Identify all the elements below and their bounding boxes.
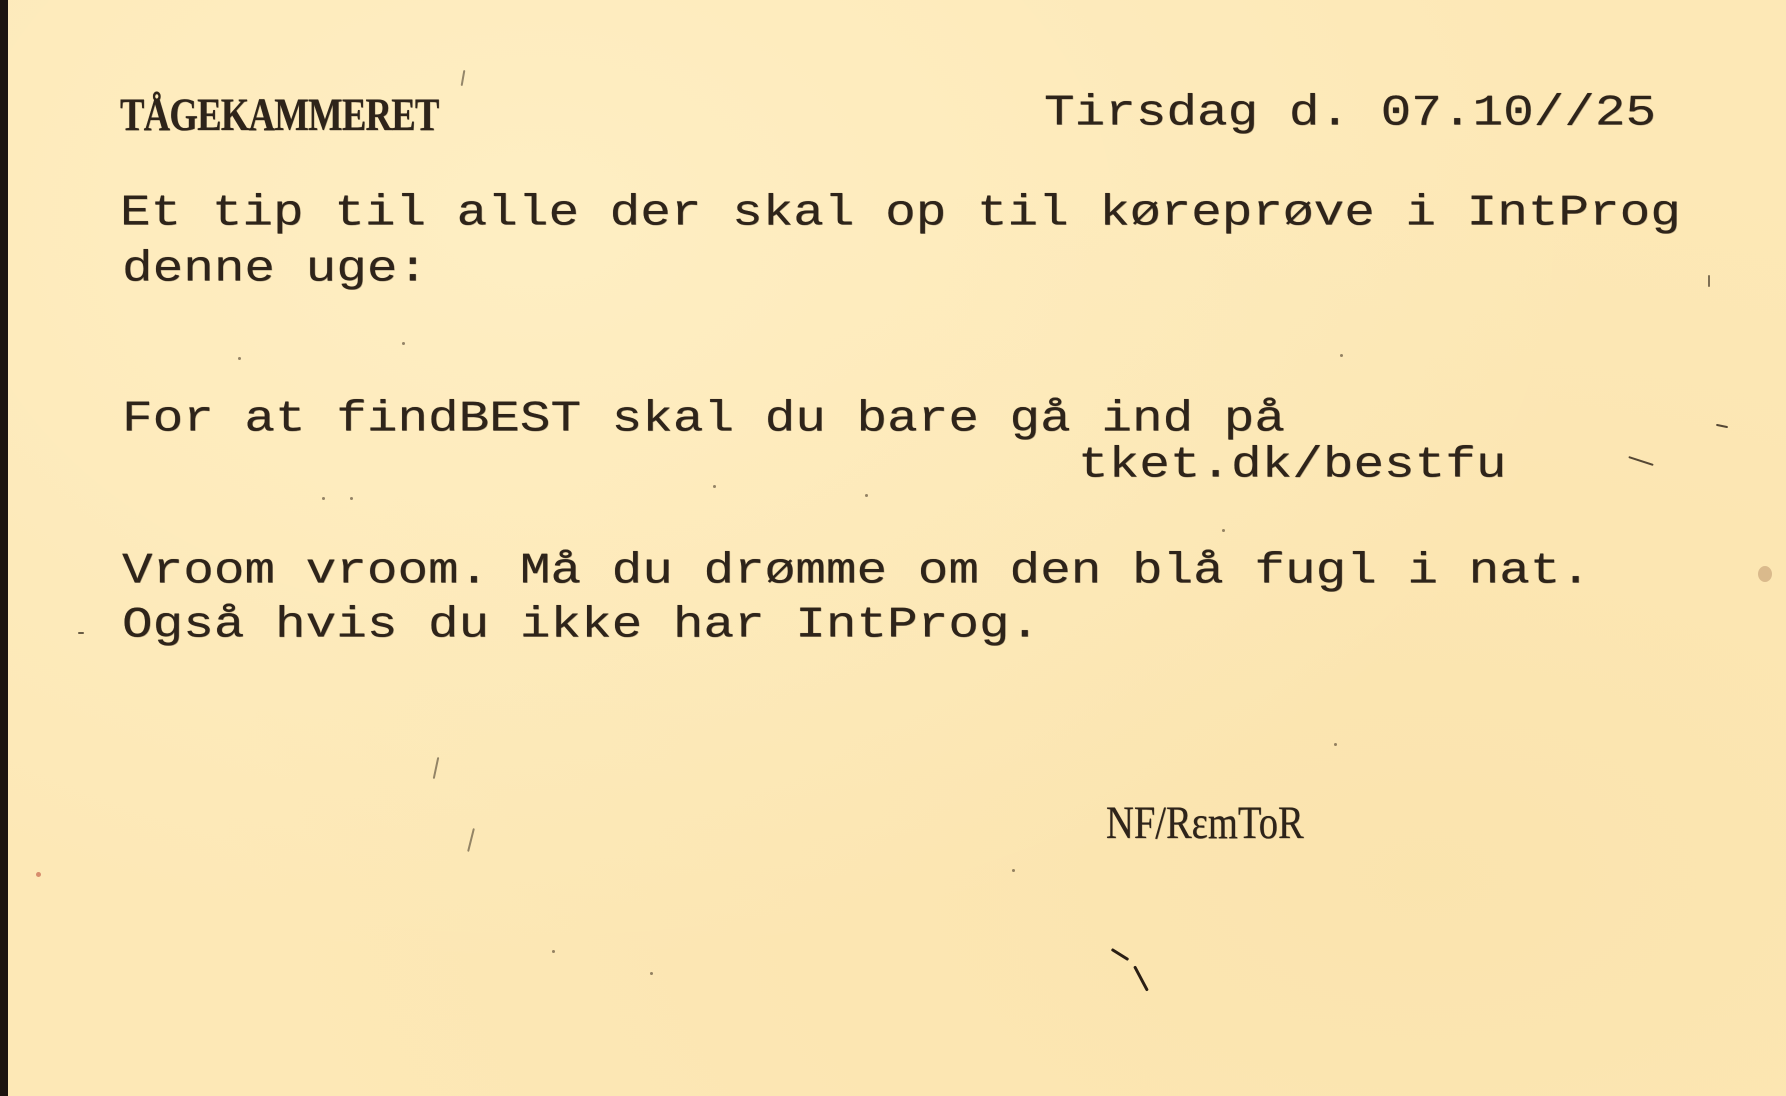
stray-dot — [238, 357, 241, 360]
stray-dot — [1222, 529, 1225, 532]
stray-mark — [433, 757, 440, 779]
signature: NF/RεmToR — [1106, 800, 1304, 847]
paragraph-1-line-1: Et tip til alle der skal op til køreprøv… — [120, 192, 1681, 236]
stray-dot — [1334, 743, 1337, 746]
url-line: tket.dk/bestfu — [1078, 444, 1506, 488]
stray-mark — [1708, 275, 1710, 287]
stray-mark — [1133, 965, 1149, 991]
stray-mark — [78, 632, 84, 634]
stray-dot — [650, 972, 653, 975]
stray-dot — [713, 485, 716, 488]
stray-dot — [552, 950, 555, 953]
stray-dot — [402, 342, 405, 345]
stray-dot — [1340, 354, 1343, 357]
stray-dot — [322, 497, 325, 500]
stray-dot — [350, 497, 353, 500]
stray-mark — [467, 828, 475, 852]
stray-mark — [1716, 424, 1728, 428]
date-line: Tirsdag d. 07.10//25 — [1044, 92, 1656, 136]
organization-header: TÅGEKAMMERET — [120, 92, 439, 139]
paragraph-3-line-2: Også hvis du ikke har IntProg. — [122, 604, 1040, 648]
stray-mark — [1628, 456, 1653, 466]
paragraph-1-line-2: denne uge: — [122, 248, 428, 292]
typewritten-page: TÅGEKAMMERET Tirsdag d. 07.10//25 Et tip… — [0, 0, 1786, 1096]
page-left-edge — [0, 0, 8, 1096]
paragraph-2-line-1: For at findBEST skal du bare gå ind på — [122, 398, 1285, 442]
stray-mark — [461, 70, 466, 86]
paper-stain — [1758, 566, 1772, 582]
paper-stain — [36, 872, 41, 877]
stray-mark — [1111, 948, 1130, 961]
stray-dot — [1012, 869, 1015, 872]
stray-dot — [865, 494, 868, 497]
paragraph-3-line-1: Vroom vroom. Må du drømme om den blå fug… — [122, 550, 1591, 594]
